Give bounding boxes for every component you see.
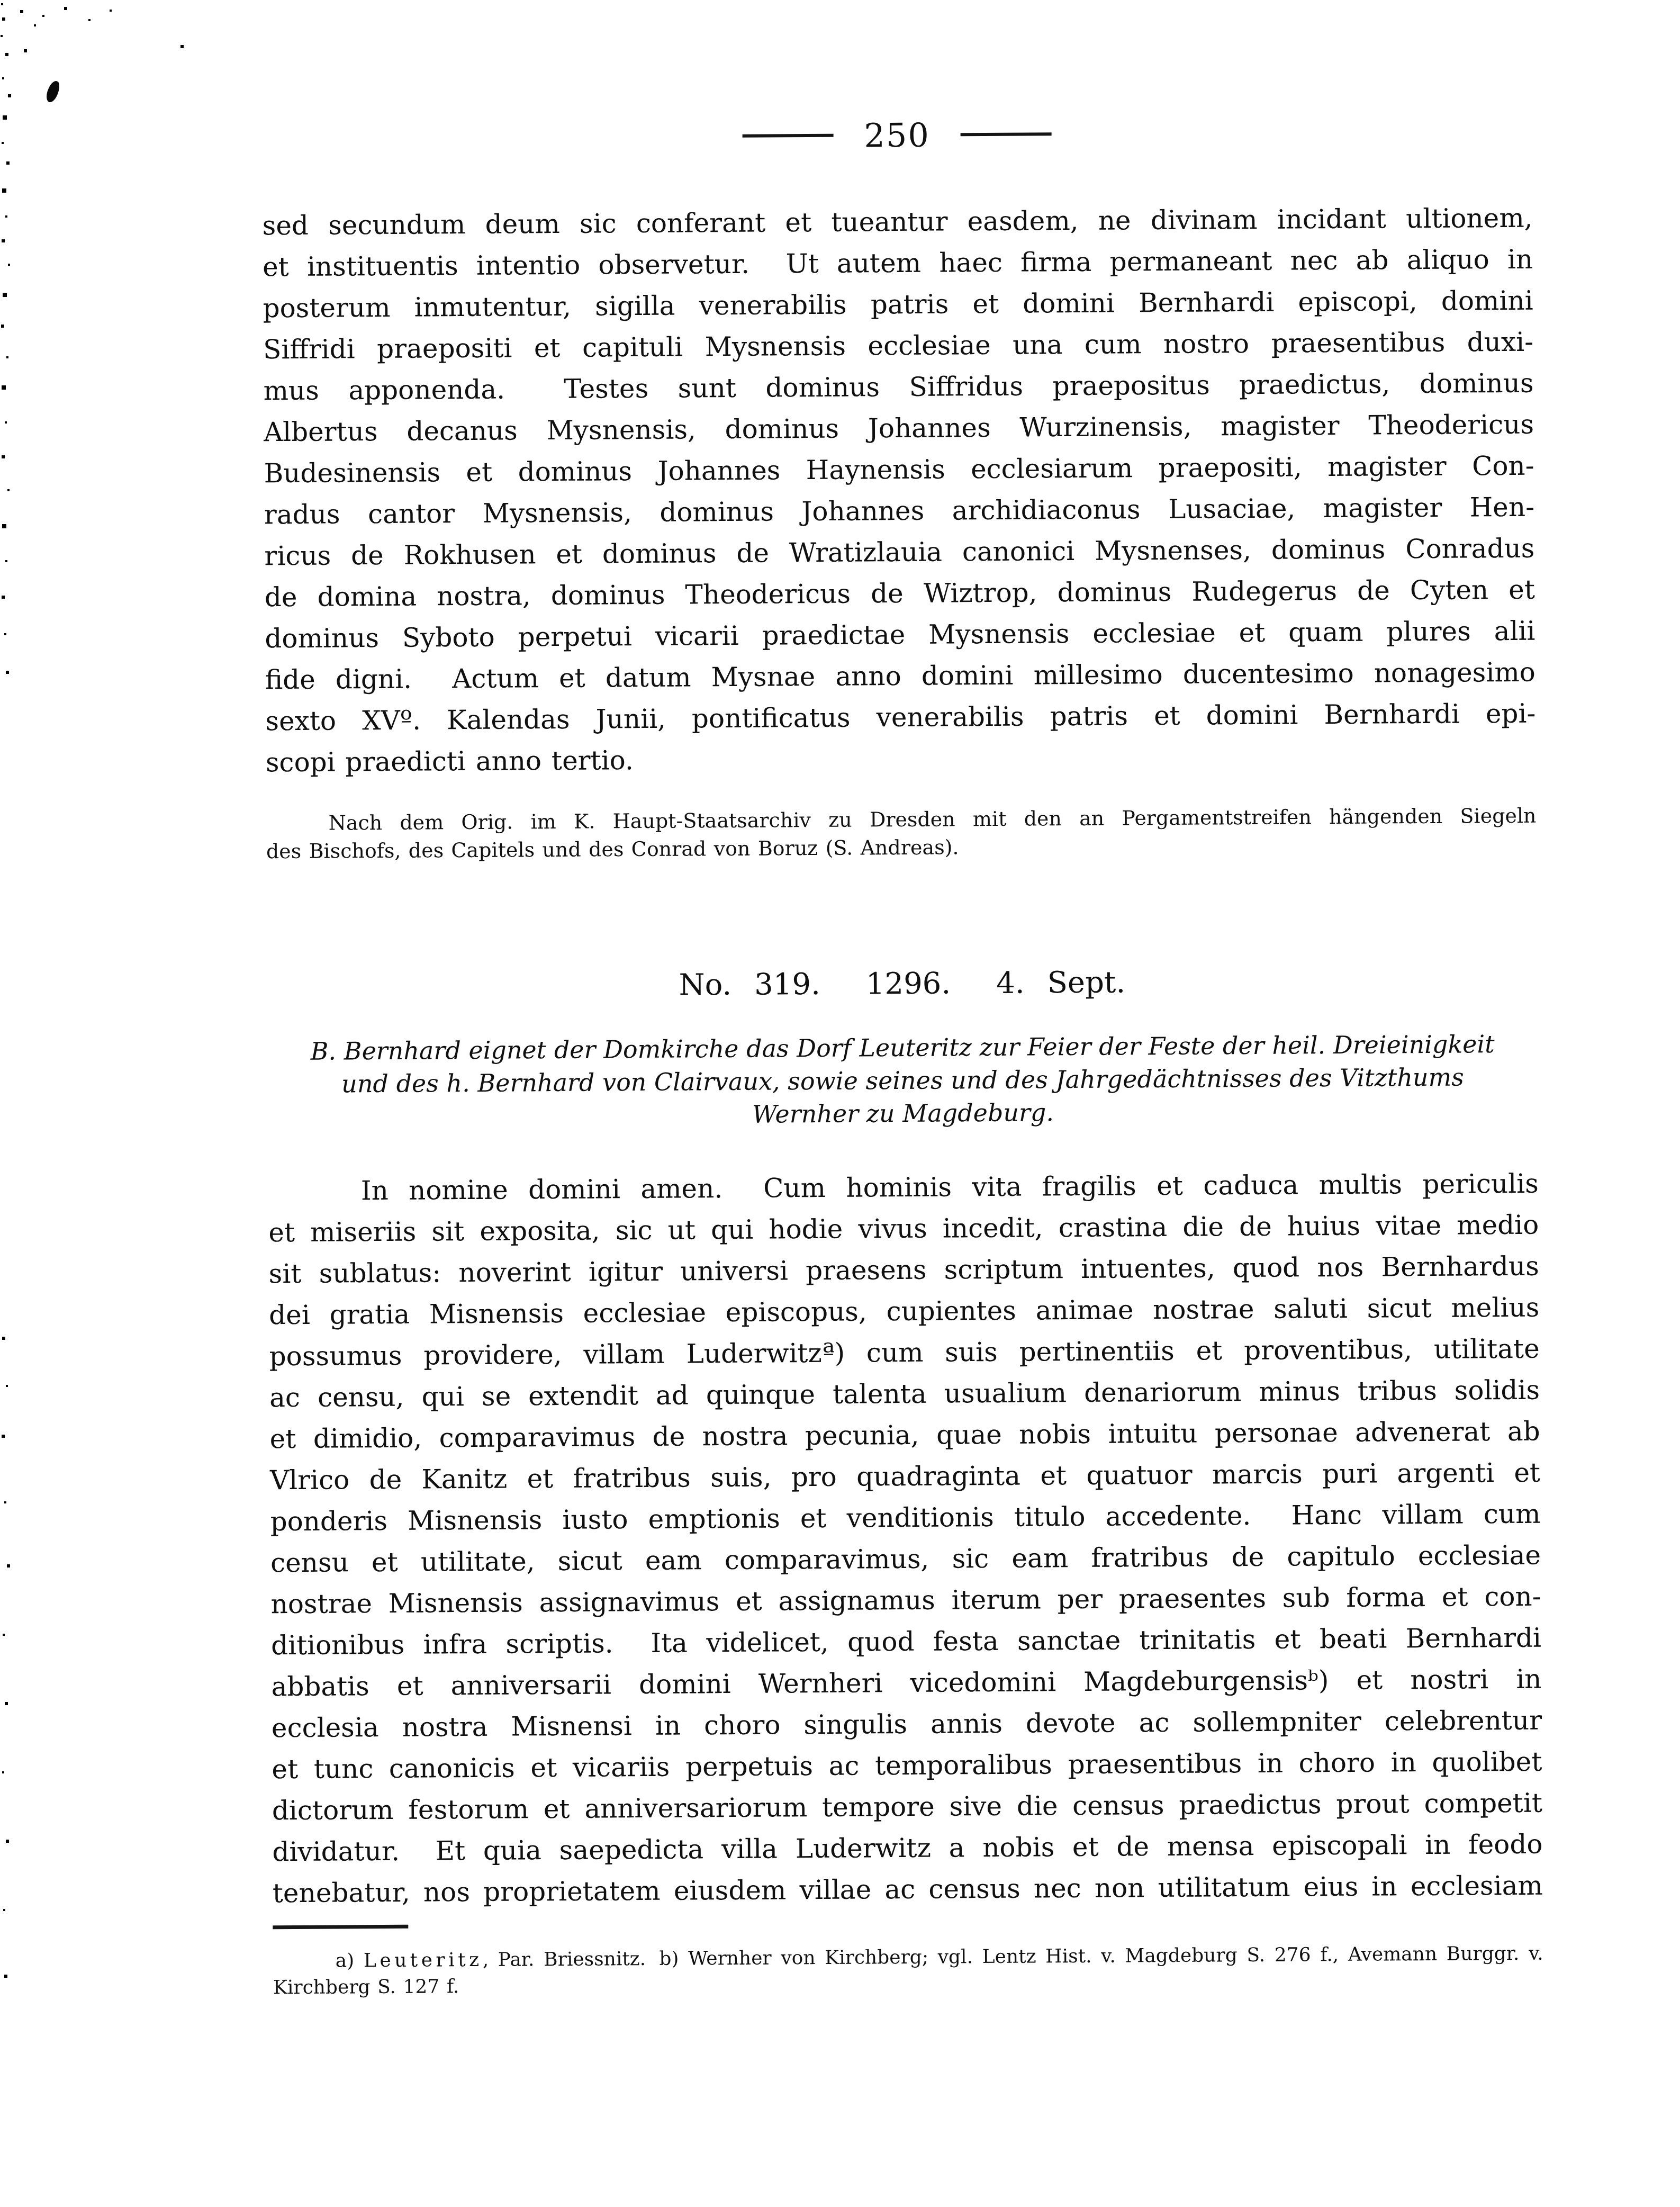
scanned-book-page: 250 sed secundum deum sic conferant et t…	[0, 0, 1680, 2207]
text-line: ricus de Rokhusen et dominus de Wratizla…	[264, 528, 1534, 577]
text-line: sed secundum deum sic conferant et tuean…	[262, 197, 1532, 247]
footnote-b-text: b) Wernher von Kirchberg; vgl. Lentz His…	[659, 1943, 1543, 1970]
text-line: Siffridi praepositi et capituli Mysnensi…	[263, 321, 1533, 371]
footnote-a-text: , Par. Briessnitz.	[482, 1948, 646, 1971]
running-head: 250	[261, 112, 1532, 159]
text-line: de domina nostra, dominus Theodericus de…	[265, 569, 1535, 618]
footnote-a-marker: a)	[336, 1950, 355, 1971]
text-line: ac censu, qui se extendit ad quinque tal…	[269, 1370, 1540, 1419]
text-line: scopi praedicti anno tertio.	[266, 734, 1536, 783]
text-line: abbatis et anniversarii domini Wernheri …	[271, 1659, 1541, 1708]
text-line: dictorum festorum et anniversariorum tem…	[272, 1782, 1542, 1832]
charter-318-continuation: sed secundum deum sic conferant et tuean…	[262, 197, 1536, 783]
provenance-note: Nach dem Orig. im K. Haupt-Staatsarchiv …	[266, 802, 1537, 866]
page-content: 250 sed secundum deum sic conferant et t…	[261, 0, 1543, 2001]
text-line: censu et utilitate, sicut eam comparavim…	[270, 1535, 1541, 1584]
scan-noise-speckles	[1, 3, 3, 5]
text-line: mus apponenda. Testes sunt dominus Siffr…	[263, 363, 1533, 412]
text-line: Vlrico de Kanitz et fratribus suis, pro …	[270, 1452, 1540, 1501]
text-line: posterum inmutentur, sigilla venerabilis…	[263, 280, 1533, 329]
text-line: fide digni. Actum et datum Mysnae anno d…	[265, 652, 1536, 701]
text-line: Albertus decanus Mysnensis, dominus Joha…	[264, 404, 1534, 453]
text-line: dei gratia Misnensis ecclesiae episcopus…	[269, 1287, 1539, 1336]
charter-319-body: In nomine domini amen. Cum hominis vita …	[268, 1163, 1543, 1914]
text-line: possumus providere, villam Luderwitzª) c…	[269, 1328, 1539, 1377]
charter-319-summary: B. Bernhard eignet der Domkirche das Dor…	[267, 1028, 1538, 1134]
text-line: ditionibus infra scriptis. Ita videlicet…	[271, 1617, 1541, 1666]
text-line: Budesinensis et dominus Johannes Haynens…	[264, 445, 1534, 494]
scan-ink-blob	[44, 79, 61, 104]
pagenum-rule-right	[961, 132, 1052, 136]
footnotes: a) Leuteritz, Par. Briessnitz.b) Wernher…	[273, 1941, 1544, 2002]
text-line: et miseriis sit exposita, sic ut qui hod…	[268, 1204, 1539, 1254]
text-line: ecclesia nostra Misnensi in choro singul…	[272, 1700, 1542, 1749]
pagenum-rule-left	[742, 134, 833, 138]
footnote-a-term: Leuteritz	[364, 1949, 483, 1971]
text-line: et dimidio, comparavimus de nostra pecun…	[269, 1411, 1540, 1460]
text-line: dominus Syboto perpetui vicarii praedict…	[265, 610, 1535, 660]
text-line: ponderis Misnensis iusto emptionis et ve…	[270, 1493, 1540, 1543]
text-line: dividatur. Et quia saepedicta villa Lude…	[272, 1824, 1542, 1873]
text-line: et instituentis intentio observetur. Ut …	[263, 239, 1533, 288]
text-line: radus cantor Mysnensis, dominus Johannes…	[264, 487, 1534, 536]
text-line: sexto XVº. Kalendas Junii, pontificatus …	[265, 693, 1536, 742]
text-line: In nomine domini amen. Cum hominis vita …	[268, 1163, 1539, 1212]
text-line: sit sublatus: noverint igitur universi p…	[269, 1246, 1539, 1295]
page-number: 250	[864, 115, 930, 155]
text-line: et tunc canonicis et vicariis perpetuis …	[272, 1741, 1542, 1790]
charter-319-heading: No. 319. 1296. 4. Sept.	[267, 963, 1537, 1006]
footnote-separator-rule	[273, 1925, 408, 1930]
text-line: nostrae Misnensis assignavimus et assign…	[270, 1576, 1541, 1625]
text-line: tenebatur, nos proprietatem eiusdem vill…	[273, 1865, 1543, 1914]
